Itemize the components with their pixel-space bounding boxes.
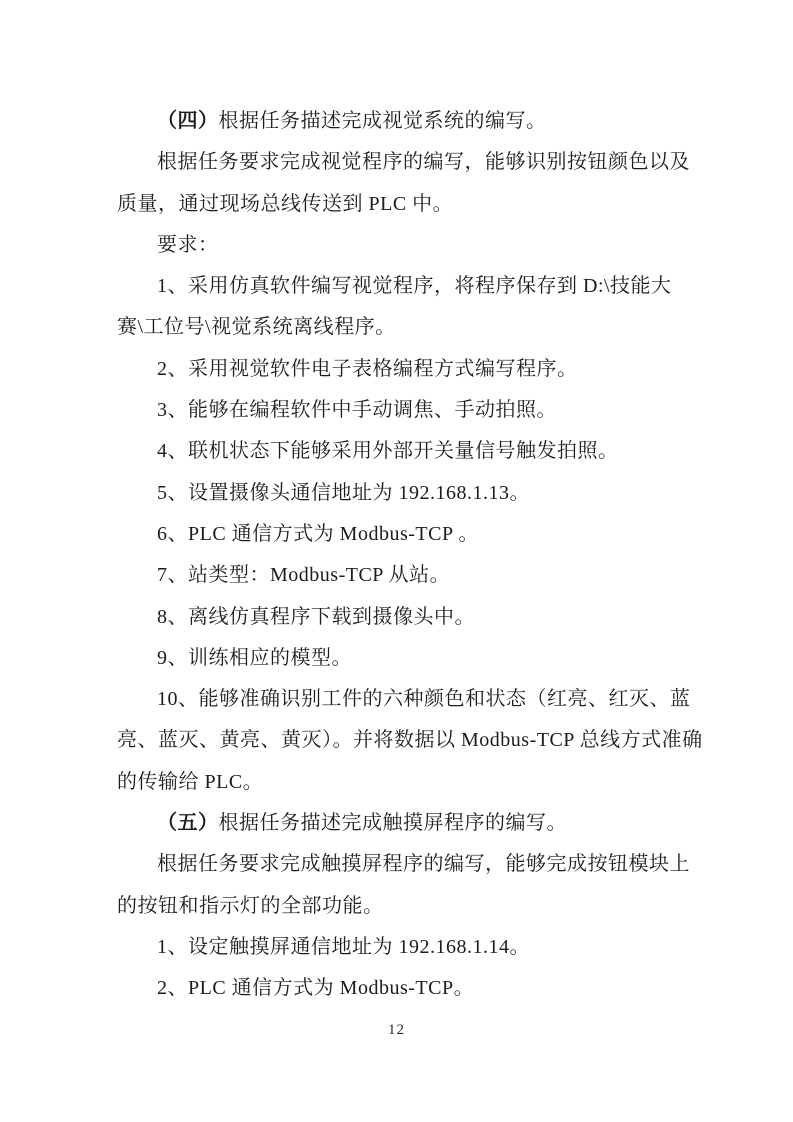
page-number: 12 — [0, 1022, 793, 1039]
list-item: 3、能够在编程软件中手动调焦、手动拍照。 — [117, 390, 717, 431]
doc-line: 亮、蓝灭、黄亮、黄灭）。并将数据以 Modbus-TCP 总线方式准确 — [117, 720, 717, 761]
list-item: 10、能够准确识别工件的六种颜色和状态（红亮、红灭、蓝 — [117, 679, 717, 720]
doc-line: 根据任务要求完成视觉程序的编写，能够识别按钮颜色以及 — [117, 142, 717, 183]
document-page: （四）根据任务描述完成视觉系统的编写。 根据任务要求完成视觉程序的编写，能够识别… — [0, 0, 793, 1122]
doc-line: 的按钮和指示灯的全部功能。 — [117, 886, 717, 927]
list-item: 6、PLC 通信方式为 Modbus-TCP 。 — [117, 514, 717, 555]
section-heading: （四）根据任务描述完成视觉系统的编写。 — [117, 101, 717, 142]
section-heading: （五）根据任务描述完成触摸屏程序的编写。 — [117, 803, 717, 844]
list-item: 9、训练相应的模型。 — [117, 638, 717, 679]
section-number: （四） — [157, 110, 219, 132]
section-number: （五） — [157, 812, 219, 834]
doc-line: 质量，通过现场总线传送到 PLC 中。 — [117, 184, 717, 225]
list-item: 7、站类型：Modbus-TCP 从站。 — [117, 555, 717, 596]
section-title: 根据任务描述完成触摸屏程序的编写。 — [219, 812, 568, 834]
list-item: 2、采用视觉软件电子表格编程方式编写程序。 — [117, 349, 717, 390]
list-item: 1、采用仿真软件编写视觉程序，将程序保存到 D:\技能大 — [117, 266, 717, 307]
doc-line: 赛\工位号\视觉系统离线程序。 — [117, 307, 717, 348]
list-item: 1、设定触摸屏通信地址为 192.168.1.14。 — [117, 927, 717, 968]
list-item: 8、离线仿真程序下载到摄像头中。 — [117, 597, 717, 638]
doc-line: 的传输给 PLC。 — [117, 762, 717, 803]
doc-line: 要求： — [117, 225, 717, 266]
list-item: 5、设置摄像头通信地址为 192.168.1.13。 — [117, 473, 717, 514]
list-item: 4、联机状态下能够采用外部开关量信号触发拍照。 — [117, 431, 717, 472]
doc-line: 根据任务要求完成触摸屏程序的编写，能够完成按钮模块上 — [117, 844, 717, 885]
document-body: （四）根据任务描述完成视觉系统的编写。 根据任务要求完成视觉程序的编写，能够识别… — [117, 101, 717, 1010]
section-title: 根据任务描述完成视觉系统的编写。 — [219, 110, 547, 132]
list-item: 2、PLC 通信方式为 Modbus-TCP。 — [117, 968, 717, 1009]
